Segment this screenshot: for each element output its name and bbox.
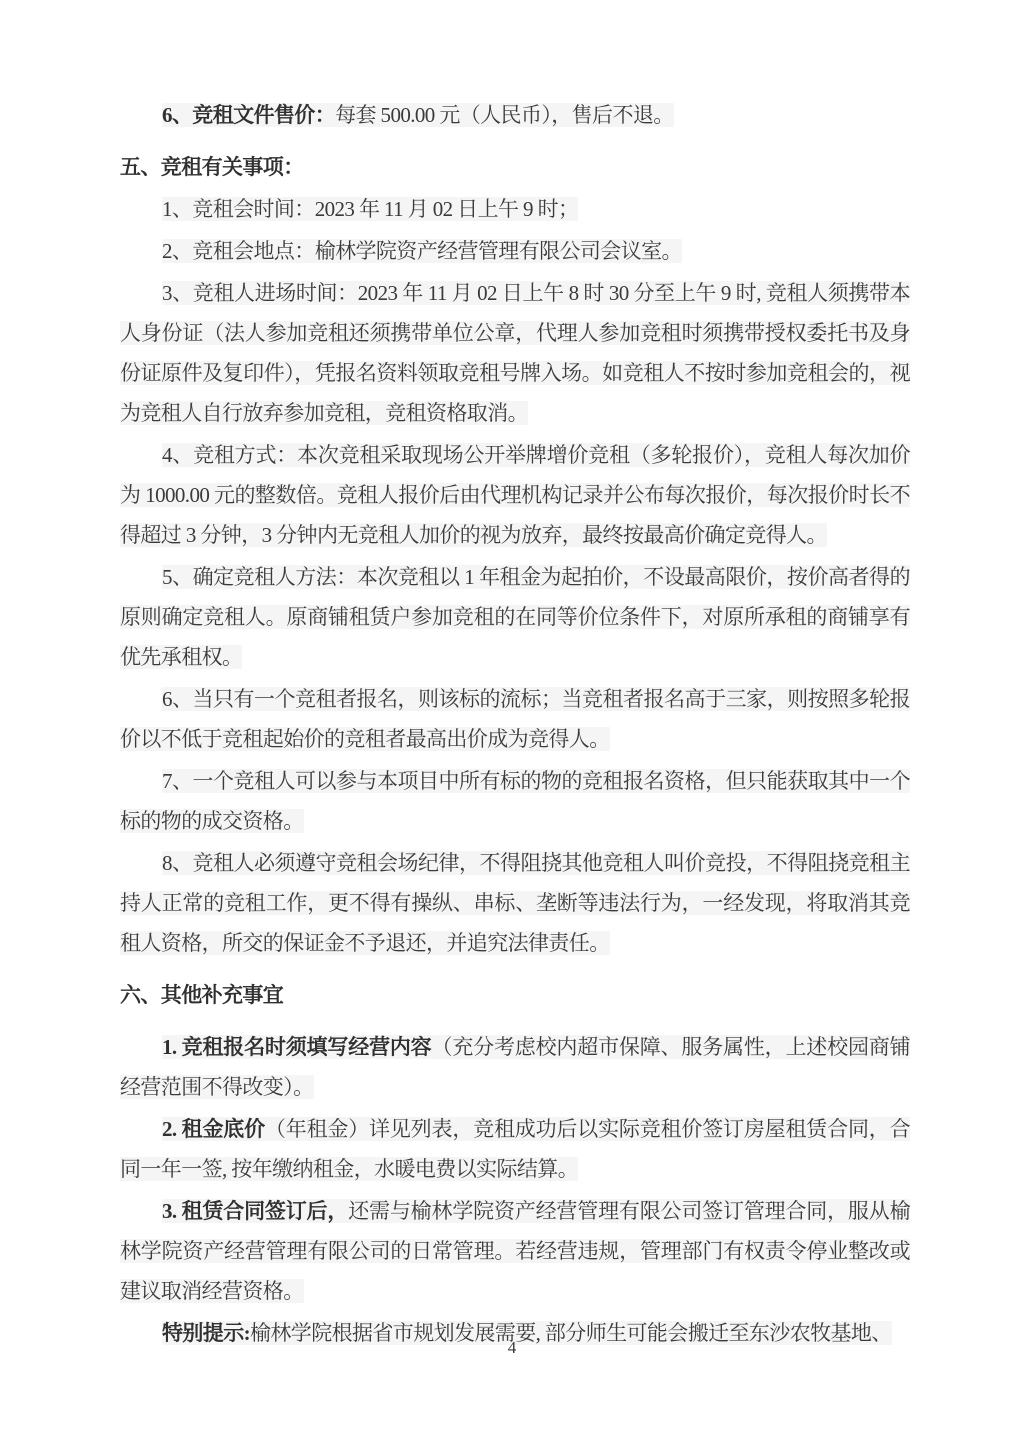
section-5-item-3: 3、竞租人进场时间：2023 年 11 月 02 日上午 8 时 30 分至上午… [120,273,910,433]
paragraph-text: 6、当只有一个竞租者报名，则该标的流标；当竞租者报名高于三家，则按照多轮报价以不… [120,687,910,751]
paragraph-lead: 2. 租金底价 [162,1117,265,1141]
paragraph-text: 4、竞租方式：本次竞租采取现场公开举牌增价竞租（多轮报价），竞租人每次加价为 1… [120,443,910,547]
section-5-heading: 五、竞租有关事项： [120,147,910,187]
page-content: 6、竞租文件售价：每套 500.00 元（人民币），售后不退。 五、竞租有关事项… [120,95,910,1355]
paragraph-sale-price: 6、竞租文件售价：每套 500.00 元（人民币），售后不退。 [120,95,910,135]
section-5-item-2: 2、竞租会地点：榆林学院资产经营管理有限公司会议室。 [120,231,910,271]
paragraph-text: 2、竞租会地点：榆林学院资产经营管理有限公司会议室。 [162,239,682,263]
paragraph-lead: 1. 竞租报名时须填写经营内容 [162,1035,432,1059]
section-5-item-1: 1、竞租会时间：2023 年 11 月 02 日上午 9 时； [120,189,910,229]
paragraph-lead: 3. 租赁合同签订后， [162,1199,348,1223]
section-6-heading: 六、其他补充事宜 [120,975,910,1015]
paragraph-text: 3、竞租人进场时间：2023 年 11 月 02 日上午 8 时 30 分至上午… [120,281,910,425]
paragraph-text: 8、竞租人必须遵守竞租会场纪律，不得阻挠其他竞租人叫价竞投，不得阻挠竞租主持人正… [120,851,910,955]
paragraph-text: 7、一个竞租人可以参与本项目中所有标的物的竞租报名资格，但只能获取其中一个标的物… [120,769,910,833]
section-5-item-5: 5、确定竞租人方法：本次竞租以 1 年租金为起拍价，不设最高限价，按价高者得的原… [120,557,910,677]
section-5-item-6: 6、当只有一个竞租者报名，则该标的流标；当竞租者报名高于三家，则按照多轮报价以不… [120,679,910,759]
paragraph-text: 1、竞租会时间：2023 年 11 月 02 日上午 9 时； [162,197,578,221]
paragraph-lead: 6、竞租文件售价： [162,103,335,127]
section-6-item-3: 3. 租赁合同签订后，还需与榆林学院资产经营管理有限公司签订管理合同，服从榆林学… [120,1191,910,1311]
section-5-item-4: 4、竞租方式：本次竞租采取现场公开举牌增价竞租（多轮报价），竞租人每次加价为 1… [120,435,910,555]
paragraph-text: 5、确定竞租人方法：本次竞租以 1 年租金为起拍价，不设最高限价，按价高者得的原… [120,565,910,669]
section-5-item-8: 8、竞租人必须遵守竞租会场纪律，不得阻挠其他竞租人叫价竞投，不得阻挠竞租主持人正… [120,843,910,963]
section-6-item-1: 1. 竞租报名时须填写经营内容（充分考虑校内超市保障、服务属性，上述校园商铺经营… [120,1027,910,1107]
document-page: 6、竞租文件售价：每套 500.00 元（人民币），售后不退。 五、竞租有关事项… [0,0,1024,1448]
section-6-item-2: 2. 租金底价（年租金）详见列表，竞租成功后以实际竞租价签订房屋租赁合同，合同一… [120,1109,910,1189]
section-5-item-7: 7、一个竞租人可以参与本项目中所有标的物的竞租报名资格，但只能获取其中一个标的物… [120,761,910,841]
page-number: 4 [0,1336,1024,1360]
paragraph-text: 每套 500.00 元（人民币），售后不退。 [335,103,674,127]
